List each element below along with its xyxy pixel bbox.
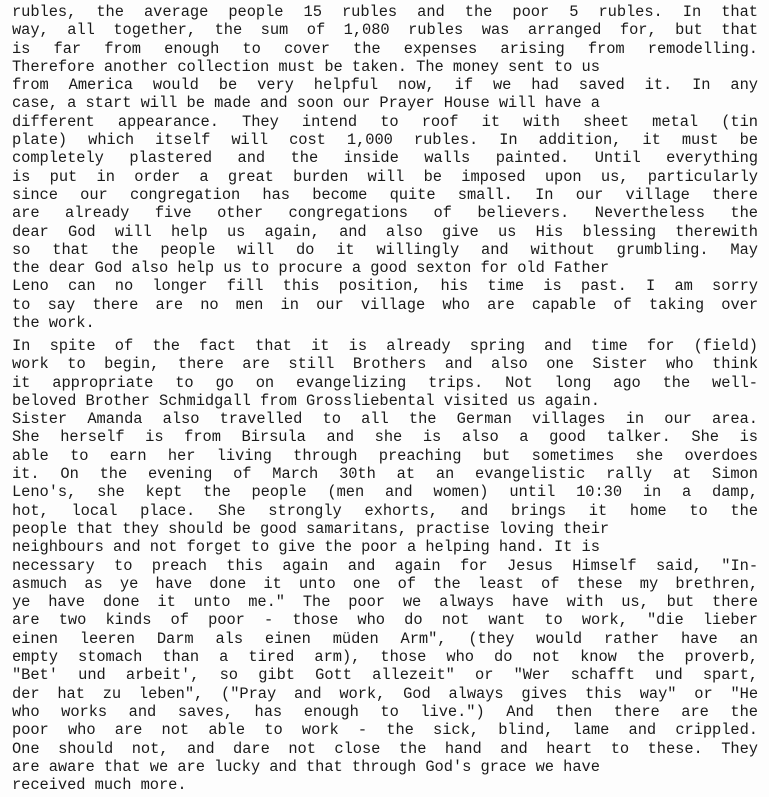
text-line: are aware that we are lucky and that thr… xyxy=(12,758,758,776)
text-line: necessary to preach this again and again… xyxy=(12,557,758,575)
text-line: are already five other congregations of … xyxy=(12,204,758,222)
text-line: asmuch as ye have done it unto one of th… xyxy=(12,575,758,593)
paragraph-1: rubles, the average people 15 rubles and… xyxy=(12,3,758,332)
text-line: neighbours and not forget to give the po… xyxy=(12,538,758,556)
document-page: rubles, the average people 15 rubles and… xyxy=(0,0,769,797)
text-line: are two kinds of poor - those who do not… xyxy=(12,611,758,629)
text-line: is put in order a great burden will be i… xyxy=(12,168,758,186)
text-line: people that they should be good samarita… xyxy=(12,520,758,538)
text-line: is far from enough to cover the expenses… xyxy=(12,40,758,58)
text-line: In spite of the fact that it is already … xyxy=(12,337,758,355)
text-line: able to earn her living through preachin… xyxy=(12,447,758,465)
text-line: poor who are not able to work - the sick… xyxy=(12,721,758,739)
text-line: to say there are no men in our village w… xyxy=(12,296,758,314)
text-line: work to begin, there are still Brothers … xyxy=(12,355,758,373)
text-line: "Bet' und arbeit', so gibt Gott allezeit… xyxy=(12,666,758,684)
text-line: einen leeren Darm als einen müden Arm", … xyxy=(12,630,758,648)
text-line: from America would be very helpful now, … xyxy=(12,76,758,94)
text-line: it. On the evening of March 30th at an e… xyxy=(12,465,758,483)
text-line: dear God will help us again, and also gi… xyxy=(12,223,758,241)
text-line: ye have done it unto me." The poor we al… xyxy=(12,593,758,611)
text-line: it appropriate to go on evangelizing tri… xyxy=(12,374,758,392)
text-line: so that the people will do it willingly … xyxy=(12,241,758,259)
text-line: hot, local place. She strongly exhorts, … xyxy=(12,502,758,520)
text-line: received much more. xyxy=(12,776,758,794)
text-line: who works and saves, has enough to live.… xyxy=(12,703,758,721)
text-line: Leno can no longer fill this position, h… xyxy=(12,277,758,295)
paragraph-2: In spite of the fact that it is already … xyxy=(12,337,758,794)
text-line: One should not, and dare not close the h… xyxy=(12,740,758,758)
text-line: the dear God also help us to procure a g… xyxy=(12,259,758,277)
text-line: Sister Amanda also travelled to all the … xyxy=(12,410,758,428)
text-line: She herself is from Birsula and she is a… xyxy=(12,428,758,446)
text-line: way, all together, the sum of 1,080 rubl… xyxy=(12,21,758,39)
text-line: the work. xyxy=(12,314,758,332)
text-line: der hat zu leben", ("Pray and work, God … xyxy=(12,685,758,703)
text-line: empty stomach than a tired arm), those w… xyxy=(12,648,758,666)
text-line: rubles, the average people 15 rubles and… xyxy=(12,3,758,21)
text-line: case, a start will be made and soon our … xyxy=(12,94,758,112)
text-line: Leno's, she kept the people (men and wom… xyxy=(12,483,758,501)
text-line: completely plastered and the inside wall… xyxy=(12,149,758,167)
text-line: plate) which itself will cost 1,000 rubl… xyxy=(12,131,758,149)
text-line: beloved Brother Schmidgall from Grosslie… xyxy=(12,392,758,410)
text-line: since our congregation has become quite … xyxy=(12,186,758,204)
text-line: Therefore another collection must be tak… xyxy=(12,58,758,76)
text-line: different appearance. They intend to roo… xyxy=(12,113,758,131)
